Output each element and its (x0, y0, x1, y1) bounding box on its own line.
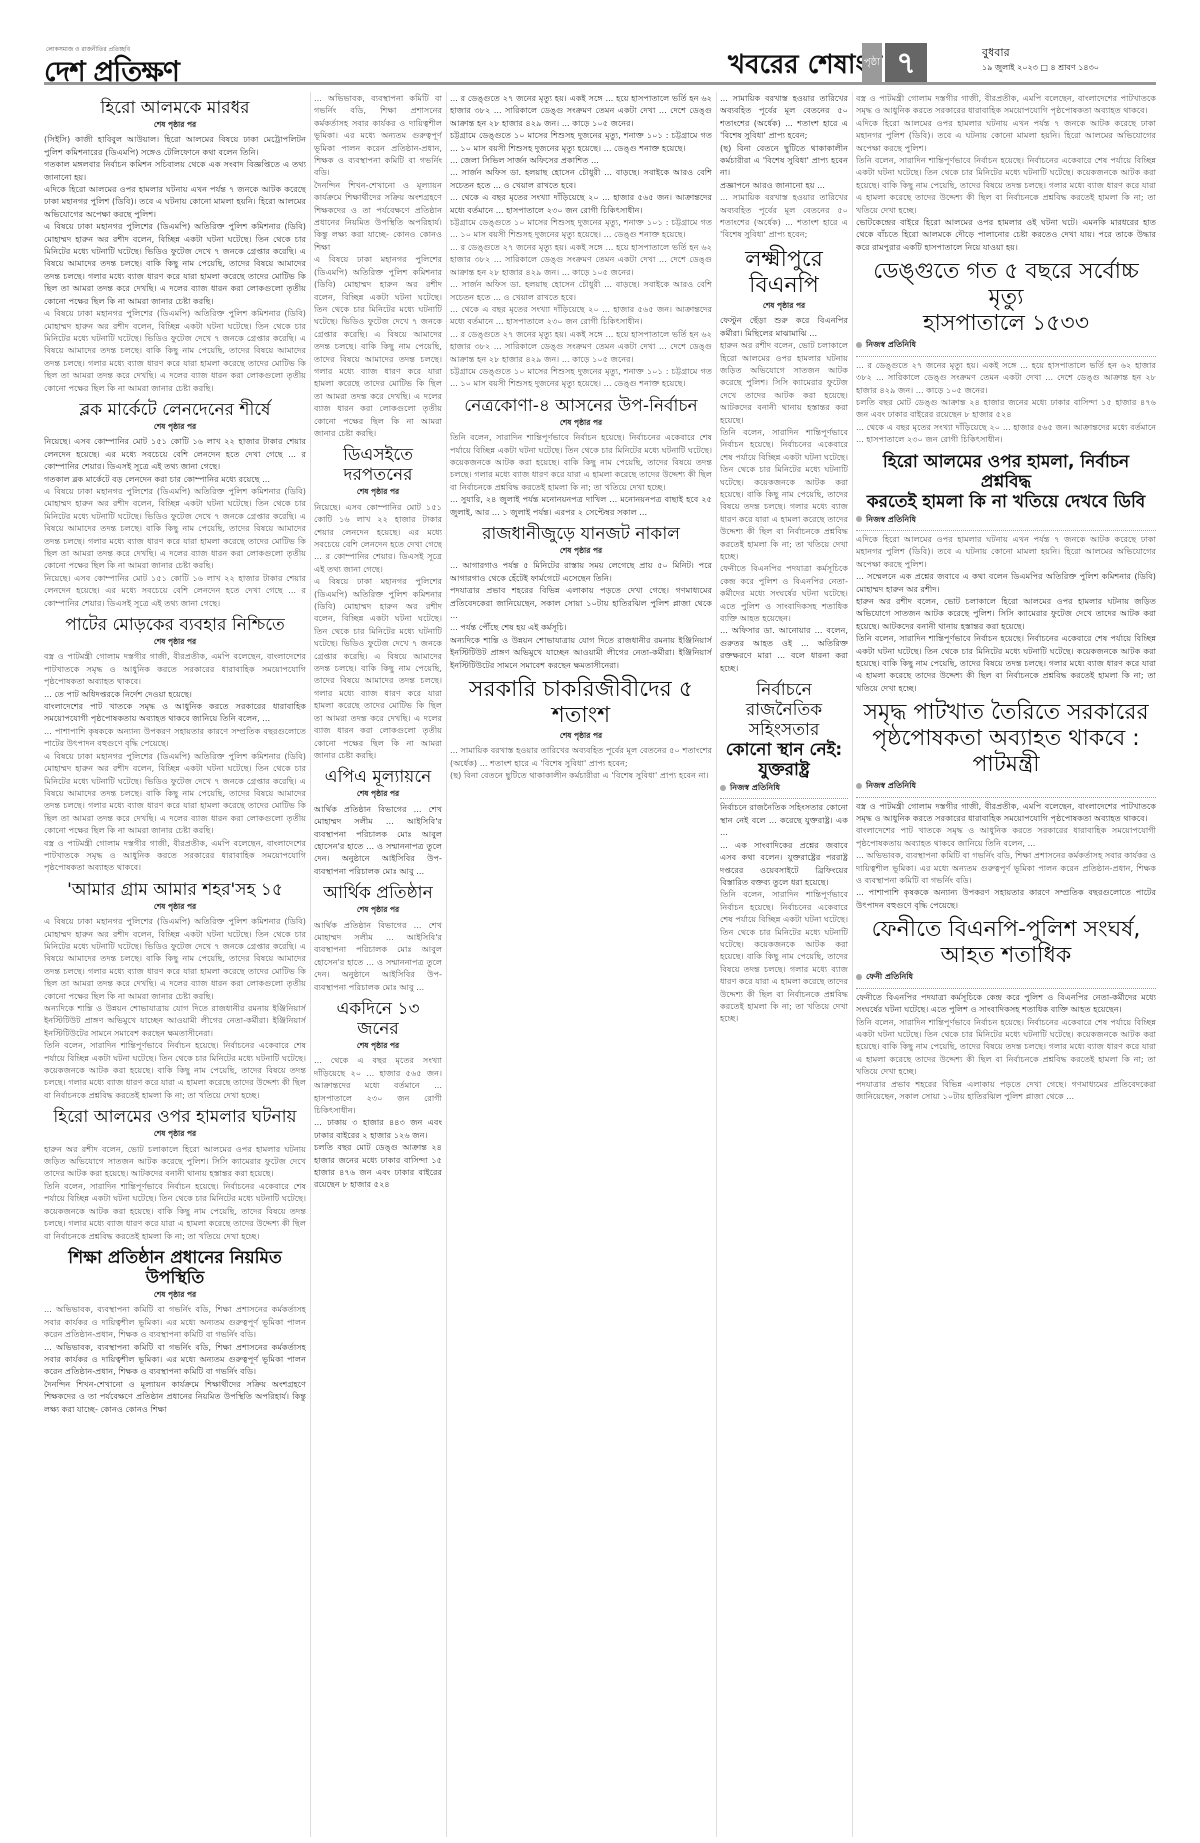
page-number: ৭ (885, 43, 927, 85)
paragraph: ফেনীতে বিএনপির পদযাত্রা কর্মসূচিকে কেন্দ… (720, 562, 848, 624)
article-feni-clash: ফেনীতে বিএনপি-পুলিশ সংঘর্ষ, আহত শতাধিক ফ… (856, 917, 1156, 1102)
article-block-market: ব্লক মার্কেটে লেনদেনের শীর্ষে শেষ পৃষ্ঠা… (44, 400, 306, 609)
paragraph: হারুন অর রশীদ বলেন, ভোট চলাকালে হিরো আলম… (720, 339, 848, 426)
paragraph: ... র ডেঙ্গুতে ২৭ জনের মৃত্যু হয়। একই স… (856, 359, 1156, 396)
paragraph: ভোটকেন্দ্রের বাইরে হিরো আলমের ওপর হামলার… (856, 216, 1156, 253)
continued-from: শেষ পৃষ্ঠার পর (44, 636, 306, 648)
page-label: পৃষ্ঠা (862, 43, 882, 85)
paragraph: প্রজ্ঞাপনে আরও জানানো হয় ... (720, 179, 848, 191)
bullet-icon (856, 342, 862, 348)
header-rule (44, 82, 1156, 85)
paragraph: ... অভিভাবক, ব্যবস্থাপনা কমিটি বা গভর্নি… (44, 1303, 306, 1340)
paragraph: ... অফিসার ডা. আনোয়ার ... বলেন, গুরুতর … (720, 624, 848, 674)
paragraph: নিয়েছে। এসব কোম্পানির মোট ১৫১ কোটি ১৬ ল… (44, 572, 306, 609)
paragraph: বাংলাদেশের পাট খাতকে সমৃদ্ধ ও আধুনিক করত… (44, 700, 306, 725)
bullet-icon (856, 783, 862, 789)
paragraph: বস্ত্র ও পাটমন্ত্রী গোলাম দস্তগীর গাজী, … (856, 92, 1156, 117)
headline: ব্লক মার্কেটে লেনদেনের শীর্ষে (44, 400, 306, 420)
paragraph: আর্থিক প্রতিষ্ঠান বিভাগের ... শেখ মোহাম্… (314, 803, 442, 877)
paragraph: হারুন অর রশীদ বলেন, ভোট চলাকালে হিরো আলম… (856, 595, 1156, 632)
byline: নিজস্ব প্রতিনিধি (856, 514, 1156, 531)
paragraph: ... সামায়িক বরখাস্ত হওয়ার তারিখের অব্য… (720, 92, 848, 142)
continued-from: শেষ পৃষ্ঠার পর (44, 119, 306, 131)
paragraph: ... অভিভাবক, ব্যবস্থাপনা কমিটি বা গভর্নি… (856, 849, 1156, 886)
headline: হিরো আলমের ওপর হামলার ঘটনায় (44, 1107, 306, 1127)
headline-line: নির্বাচনে (756, 680, 812, 700)
paragraph: ... র ডেঙ্গুতে ২৭ জনের মৃত্যু হয়। একই স… (450, 328, 712, 365)
paragraph: ... র ডেঙ্গুতে ২৭ জনের মৃত্যু হয়। একই স… (450, 92, 712, 129)
headline-line: রাজনৈতিক সহিংসতার (746, 700, 822, 740)
article-netrokona: নেত্রকোণা-৪ আসনের উপ-নির্বাচন শেষ পৃষ্ঠা… (450, 396, 712, 518)
continued-from: শেষ পৃষ্ঠার পর (44, 1128, 306, 1140)
paragraph: ফেনীতে বিএনপির পদযাত্রা কর্মসূচিকে কেন্দ… (856, 991, 1156, 1016)
paragraph: হারুন অর রশীদ বলেন, ভোট চলাকালে হিরো আলম… (44, 1143, 306, 1180)
paragraph: তিনি বলেন, সারাদিন শান্তিপূর্ণভাবে নির্ব… (720, 888, 848, 1024)
paragraph: ... থেকে এ বছর মৃতের সংখ্যা দাঁড়িয়েছে … (314, 1054, 442, 1116)
article-hero-db: হিরো আলমের ওপর হামলা, নির্বাচন প্রশ্নবিদ… (856, 452, 1156, 695)
paragraph: ফেস্টুন ছেঁড়া শুরু করে বিএনপির কর্মীরা।… (720, 314, 848, 339)
paragraph: ... সার্জন অফিস ডা. হলয়াছ হোসেন চৌধুরী … (450, 278, 712, 303)
paragraph: তিনি বলেন, সারাদিন শান্তিপূর্ণভাবে নির্ব… (856, 632, 1156, 694)
paragraph: বস্ত্র ও পাটমন্ত্রী গোলাম দস্তগীর গাজী, … (856, 800, 1156, 825)
headline-line: কোনো স্থান নেই: যুক্তরাষ্ট্র (726, 740, 842, 780)
weekday: বুধবার (982, 44, 1010, 63)
paragraph: তিনি বলেন, সারাদিন শান্তিপূর্ণভাবে নির্ব… (720, 426, 848, 562)
paragraph: আর্থিক প্রতিষ্ঠান বিভাগের ... শেখ মোহাম্… (314, 919, 442, 993)
paragraph: পদযাত্রার প্রভাব শহরের বিভিন্ন এলাকায় প… (450, 584, 712, 621)
continued-from: শেষ পৃষ্ঠার পর (450, 730, 712, 742)
headline: 'আমার গ্রাম আমার শহর'সহ ১৫ (44, 880, 306, 900)
paragraph: ... থেকে এ বছর মৃতের সংখ্যা দাঁড়িয়েছে … (856, 421, 1156, 446)
headline: হিরো আলমের ওপর হামলা, নির্বাচন প্রশ্নবিদ… (856, 452, 1156, 512)
paragraph: চলতি বছর মোট ডেঙ্গু আক্রান্ত ২৪ হাজার জন… (856, 396, 1156, 421)
continued-from: শেষ পৃষ্ঠার পর (44, 901, 306, 913)
article-financial: আর্থিক প্রতিষ্ঠান শেষ পৃষ্ঠার পর আর্থিক … (314, 883, 442, 993)
paragraph: ... থেকে এ বছর মৃতের সংখ্যা দাঁড়িয়েছে … (450, 191, 712, 216)
article-dse: ডিএসইতে দরপতনের শেষ পৃষ্ঠার পর নিয়েছে। … (314, 445, 442, 761)
paragraph: ... আগারগাও পর্যন্ত ৫ মিনিটের রাস্তায় স… (450, 559, 712, 584)
paragraph: ... থেকে এ বছর মৃতের সংখ্যা দাঁড়িয়েছে … (450, 303, 712, 328)
paragraph: ... অভিভাবক, ব্যবস্থাপনা কমিটি বা গভর্নি… (314, 92, 442, 179)
paragraph: এ বিষয়ে ঢাকা মহানগর পুলিশের (ডিএমপি) অত… (314, 253, 442, 439)
article-violence-us: নির্বাচনে রাজনৈতিক সহিংসতার কোনো স্থান ন… (720, 680, 848, 1025)
paragraph: অন্যদিকে শান্তি ও উন্নয়ন শোভাযাত্রায় য… (450, 634, 712, 671)
column-5: বস্ত্র ও পাটমন্ত্রী গোলাম দস্তগীর গাজী, … (856, 92, 1156, 1837)
paragraph: এ বিষয়ে ঢাকা মহানগর পুলিশের (ডিএমপি) অত… (44, 485, 306, 572)
paragraph: এদিকে হিরো আলমের ওপর হামলার ঘটনায় এখন প… (856, 533, 1156, 570)
paragraph: ... সম্মেলনে এক প্রশ্নের জবাবে এ কথা বলে… (856, 570, 1156, 595)
paragraph: চলতি বছর মোট ডেঙ্গু আক্রান্ত ২৪ হাজার জন… (314, 1141, 442, 1191)
newspaper-name: দেশ প্রতিক্ষণ (44, 50, 179, 97)
article-jute-bags: পাটের মোড়কের ব্যবহার নিশ্চিতে শেষ পৃষ্ঠ… (44, 615, 306, 874)
paragraph: ... র ডেঙ্গুতে ২৭ জনের মৃত্যু হয়। একই স… (450, 241, 712, 278)
byline: নিজস্ব প্রতিনিধি (856, 339, 1156, 356)
bullet-icon (856, 974, 862, 980)
headline: আর্থিক প্রতিষ্ঠান (314, 883, 442, 903)
article-apa: এপিএ মূল্যায়নে শেষ পৃষ্ঠার পর আর্থিক প্… (314, 767, 442, 877)
paragraph: চট্টগ্রামে ডেঙ্গুতে ১০ মাসের শিশুসহ দুজন… (450, 365, 712, 390)
headline: নির্বাচনে রাজনৈতিক সহিংসতার কোনো স্থান ন… (720, 680, 848, 780)
paragraph: এ বিষয়ে ঢাকা মহানগর পুলিশের (ডিএমপি) অত… (44, 750, 306, 837)
continued-from: শেষ পৃষ্ঠার পর (720, 300, 848, 312)
headline: শিক্ষা প্রতিষ্ঠান প্রধানের নিয়মিত উপস্থ… (44, 1248, 306, 1288)
continued-from: শেষ পৃষ্ঠার পর (314, 1040, 442, 1052)
headline: সরকারি চাকরিজীবীদের ৫ শতাংশ (450, 677, 712, 729)
paragraph: এদিকে হিরো আলমের ওপর হামলার ঘটনায় এখন প… (856, 117, 1156, 154)
headline: এপিএ মূল্যায়নে (314, 767, 442, 787)
headline: ডিএসইতে দরপতনের (314, 445, 442, 485)
paragraph: ... সামায়িক বরখাস্ত হওয়ার তারিখের অব্য… (720, 191, 848, 241)
paragraph: তিনি বলেন, সারাদিন শান্তিপূর্ণভাবে নির্ব… (44, 1039, 306, 1101)
article-hero-attack: হিরো আলমকে মারধর শেষ পৃষ্ঠার পর (সিইসি) … (44, 98, 306, 394)
column-2: ... অভিভাবক, ব্যবস্থাপনা কমিটি বা গভর্নি… (314, 92, 442, 1837)
column-3: ... র ডেঙ্গুতে ২৭ জনের মৃত্যু হয়। একই স… (450, 92, 712, 1837)
continued-from: শেষ পৃষ্ঠার পর (314, 904, 442, 916)
article-govt-employees: সরকারি চাকরিজীবীদের ৫ শতাংশ শেষ পৃষ্ঠার … (450, 677, 712, 782)
continued-from: শেষ পৃষ্ঠার পর (44, 421, 306, 433)
paragraph: ... সামায়িক বরখাস্ত হওয়ার তারিখের অব্য… (450, 744, 712, 769)
article-lakshmipur: লক্ষ্মীপুরে বিএনপি শেষ পৃষ্ঠার পর ফেস্টু… (720, 247, 848, 674)
paragraph: ... এক সাংবাদিকের প্রশ্নের জবাবে এসব কথা… (720, 839, 848, 889)
headline: লক্ষ্মীপুরে বিএনপি (720, 247, 848, 299)
paragraph: নিয়েছে। এসব কোম্পানির মোট ১৫১ কোটি ১৬ ল… (314, 501, 442, 575)
paragraph: পদযাত্রার প্রভাব শহরের বিভিন্ন এলাকায় প… (856, 1078, 1156, 1103)
headline: রাজধানীজুড়ে যানজট নাকাল (450, 524, 712, 544)
paragraph: দৈনন্দিন শিখন-শেখানো ও মূল্যায়ন কার্যক্… (44, 1378, 306, 1415)
paragraph: তিনি বলেন, সারাদিন শান্তিপূর্ণভাবে নির্ব… (856, 154, 1156, 216)
paragraph: ... পর্যন্ত পৌঁছে শেষ হয় এই কর্মসূচি। (450, 621, 712, 633)
byline: নিজস্ব প্রতিনিধি (720, 782, 848, 799)
paragraph: (ছ) বিনা বেতনে ছুটিতে থাকাকালীন কর্মচারী… (450, 769, 712, 781)
paragraph: এ বিষয়ে ঢাকা মহানগর পুলিশের (ডিএমপি) অত… (44, 915, 306, 1002)
byline: ফেনী প্রতিনিধি (856, 971, 1156, 988)
continued-from: শেষ পৃষ্ঠার পর (450, 417, 712, 429)
column-divider (310, 92, 311, 1837)
paragraph: এদিকে হিরো আলমের ওপর হামলার ঘটনায় এখন প… (44, 183, 306, 220)
paragraph: গতকাল ব্লক মার্কেটে বড় লেনদেন করা চার ক… (44, 473, 306, 485)
paragraph: নির্বাচনে রাজনৈতিক সহিংসতার কোনো স্থান ন… (720, 801, 848, 838)
paragraph: বাংলাদেশের পাট খাতকে সমৃদ্ধ ও আধুনিক করত… (856, 824, 1156, 849)
headline: হিরো আলমকে মারধর (44, 98, 306, 118)
article-dengue-5yr: ডেঙ্গুতে গত ৫ বছরে সর্বোচ্চ মৃত্যু হাসপা… (856, 259, 1156, 445)
headline: নেত্রকোণা-৪ আসনের উপ-নির্বাচন (450, 396, 712, 416)
column-4: ... সামায়িক বরখাস্ত হওয়ার তারিখের অব্য… (720, 92, 848, 1837)
article-13-deaths: একদিনে ১৩ জনের শেষ পৃষ্ঠার পর ... থেকে এ… (314, 999, 442, 1191)
column-1: হিরো আলমকে মারধর শেষ পৃষ্ঠার পর (সিইসি) … (44, 92, 306, 1837)
column-divider (716, 92, 717, 1837)
paragraph: দৈনন্দিন শিখন-শেখানো ও মূল্যায়ন কার্যক্… (314, 179, 442, 253)
continued-from: শেষ পৃষ্ঠার পর (450, 545, 712, 557)
paragraph: ... পাশাপাশি কৃষককে অন্যান্য উপকরণ সহায়… (44, 725, 306, 750)
paragraph: গতকাল মঙ্গলবার নির্বাচন কমিশন সচিবালয় থ… (44, 158, 306, 183)
continued-from: শেষ পৃষ্ঠার পর (314, 788, 442, 800)
paragraph: বস্ত্র ও পাটমন্ত্রী গোলাম দস্তগীর গাজী, … (44, 837, 306, 874)
continued-from: শেষ পৃষ্ঠার পর (44, 1289, 306, 1301)
headline: ডেঙ্গুতে গত ৫ বছরে সর্বোচ্চ মৃত্যু হাসপা… (856, 259, 1156, 337)
article-hero-incident: হিরো আলমের ওপর হামলার ঘটনায় শেষ পৃষ্ঠার… (44, 1107, 306, 1242)
paragraph: বস্ত্র ও পাটমন্ত্রী গোলাম দস্তগীর গাজী, … (44, 650, 306, 687)
article-my-village: 'আমার গ্রাম আমার শহর'সহ ১৫ শেষ পৃষ্ঠার প… (44, 880, 306, 1102)
paragraph: (ছ) বিনা বেতনে ছুটিতে থাকাকালীন কর্মচারী… (720, 142, 848, 179)
issue-date: ১৯ জুলাই ২০২৩ □ ৪ শ্রাবণ ১৪৩০ (982, 62, 1099, 75)
byline: নিজস্ব প্রতিনিধি (856, 780, 1156, 797)
headline: পাটের মোড়কের ব্যবহার নিশ্চিতে (44, 615, 306, 635)
article-head-teacher: শিক্ষা প্রতিষ্ঠান প্রধানের নিয়মিত উপস্থ… (44, 1248, 306, 1415)
article-capital-jam: রাজধানীজুড়ে যানজট নাকাল শেষ পৃষ্ঠার পর … (450, 524, 712, 671)
headline: সমৃদ্ধ পাটখাত তৈরিতে সরকারের পৃষ্ঠপোষকতা… (856, 700, 1156, 778)
paragraph: চট্টগ্রামে ডেঙ্গুতে ১০ মাসের শিশুসহ দুজন… (450, 216, 712, 241)
paragraph: এ বিষয়ে ঢাকা মহানগর পুলিশের (ডিএমপি) অত… (314, 575, 442, 761)
masthead-logo: লোকসমাজ ও রাজনীতির প্রতিচ্ছবি দেশ প্রতিক… (44, 44, 194, 76)
paragraph: ... সার্জন অফিস ডা. হলয়াছ হোসেন চৌধুরী … (450, 166, 712, 191)
paragraph: ... অভিভাবক, ব্যবস্থাপনা কমিটি বা গভর্নি… (44, 1341, 306, 1378)
paragraph: চট্টগ্রামে ডেঙ্গুতে ১০ মাসের শিশুসহ দুজন… (450, 129, 712, 154)
paragraph: অন্যদিকে শান্তি ও উন্নয়ন শোভাযাত্রায় য… (44, 1002, 306, 1039)
headline: একদিনে ১৩ জনের (314, 999, 442, 1039)
paragraph: ... জেলা সিভিল সার্জন অফিসের প্রকাশিত ..… (450, 154, 712, 166)
paragraph: ... তে পাট অধিদপ্তরকে নির্দেশ দেওয়া হয়… (44, 688, 306, 700)
column-divider (852, 92, 853, 1837)
paragraph: তিনি বলেন, সারাদিন শান্তিপূর্ণভাবে নির্ব… (44, 1180, 306, 1242)
article-jute-minister: সমৃদ্ধ পাটখাত তৈরিতে সরকারের পৃষ্ঠপোষকতা… (856, 700, 1156, 911)
paragraph: ... সুযারি, ২৪ জুলাই পর্যন্ত মনোনয়নপত্র… (450, 493, 712, 518)
paragraph: এ বিষয়ে ঢাকা মহানগর পুলিশের (ডিএমপি) অত… (44, 307, 306, 394)
continued-from: শেষ পৃষ্ঠার পর (314, 486, 442, 498)
paragraph: (সিইসি) কাজী হাবিবুল আউয়াল। হিরো আলমের … (44, 133, 306, 158)
headline: ফেনীতে বিএনপি-পুলিশ সংঘর্ষ, আহত শতাধিক (856, 917, 1156, 969)
paragraph: তিনি বলেন, সারাদিন শান্তিপূর্ণভাবে নির্ব… (856, 1016, 1156, 1078)
paragraph: ... ঢাকায় ৩ হাজার ৪৪৩ জন এবং ঢাকার বাইর… (314, 1116, 442, 1141)
paragraph: ... পাশাপাশি কৃষককে অন্যান্য উপকরণ সহায়… (856, 886, 1156, 911)
bullet-icon (720, 785, 726, 791)
paragraph: এ বিষয়ে ঢাকা মহানগর পুলিশের (ডিএমপি) অত… (44, 220, 306, 307)
paragraph: নিয়েছে। এসব কোম্পানির মোট ১৫১ কোটি ১৬ ল… (44, 435, 306, 472)
paragraph: তিনি বলেন, সারাদিন শান্তিপূর্ণভাবে নির্ব… (450, 431, 712, 493)
column-divider (446, 92, 447, 1837)
bullet-icon (856, 516, 862, 522)
